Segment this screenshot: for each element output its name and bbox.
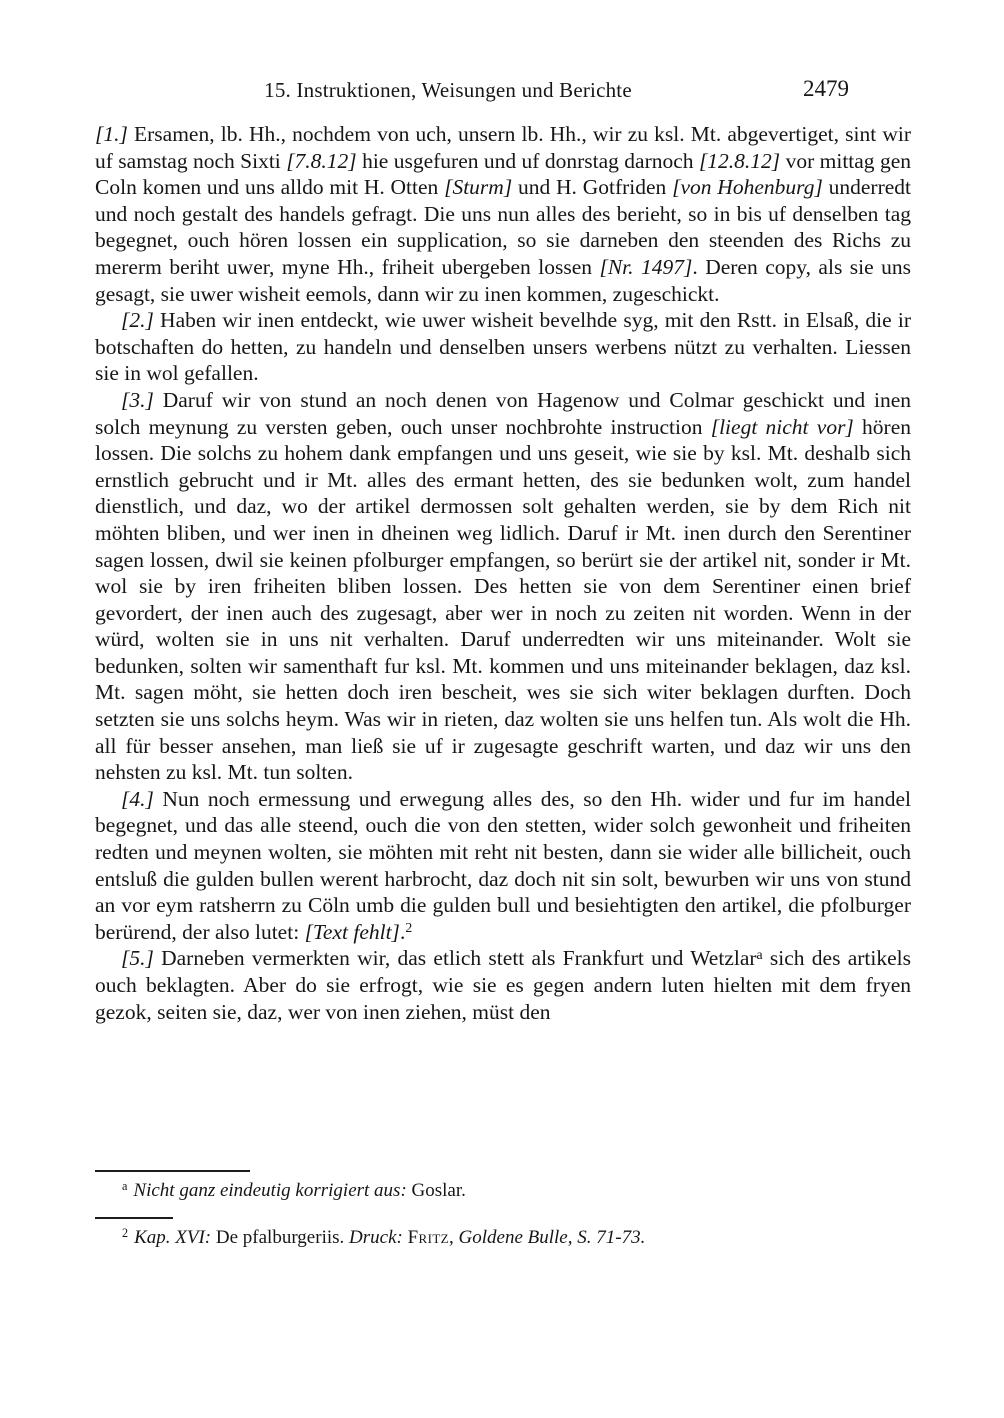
editorial-insertion: [12.8.12] [699, 149, 780, 173]
text-segment: Fritz [408, 1227, 449, 1248]
editorial-insertion: [1.] [95, 122, 128, 146]
footnote-marker: 2 [122, 1226, 128, 1240]
editorial-insertion: [Nr. 1497] [599, 255, 692, 279]
text-segment: Goslar. [407, 1180, 466, 1201]
book-page: 15. Instruktionen, Weisungen und Bericht… [0, 0, 1004, 1418]
text-segment: und H. Gotfriden [512, 175, 672, 199]
running-title: 15. Instruktionen, Weisungen und Bericht… [95, 78, 801, 103]
editorial-insertion: Nicht ganz eindeutig korrigiert aus: [133, 1180, 406, 1201]
body-text: [1.] Ersamen, lb. Hh., nochdem von uch, … [95, 121, 911, 1025]
footnote-marker: a [122, 1179, 127, 1193]
text-segment: hie usgefuren und uf donrstag darnoch [357, 149, 699, 173]
text-segment: , [449, 1227, 459, 1248]
footnote-separator-rule [95, 1217, 173, 1219]
paragraph-5: [5.] Darneben vermerkten wir, das etlich… [95, 945, 911, 1025]
editorial-insertion: [Text fehlt] [305, 920, 400, 944]
editorial-insertion: [4.] [121, 787, 154, 811]
paragraph-2: [2.] Haben wir inen entdeckt, wie uwer w… [95, 307, 911, 387]
page-number: 2479 [803, 76, 849, 102]
footnote-text: 2Kap. XVI: De pfalburgeriis. Druck: Frit… [95, 1226, 911, 1250]
editorial-insertion: [liegt nicht vor] [711, 415, 854, 439]
paragraph-3: [3.] Daruf wir von stund an noch denen v… [95, 387, 911, 786]
text-segment: Darneben vermerkten wir, das etlich stet… [154, 946, 757, 970]
paragraph-4: [4.] Nun noch ermessung und erwegung all… [95, 786, 911, 946]
editorial-insertion: Kap. XVI: [134, 1227, 211, 1248]
footnote-2: 2Kap. XVI: De pfalburgeriis. Druck: Frit… [95, 1217, 911, 1250]
text-segment: Nun noch ermessung und erwegung alles de… [95, 787, 911, 944]
footnotes-section: aNicht ganz eindeutig korrigiert aus: Go… [95, 1170, 911, 1264]
editorial-insertion: Druck: [349, 1227, 403, 1248]
page-header: 15. Instruktionen, Weisungen und Bericht… [95, 78, 911, 106]
text-segment: hören lossen. Die solchs zu hohem dank e… [95, 415, 911, 785]
text-segment: De pfalburgeriis. [211, 1227, 349, 1248]
editorial-insertion: [3.] [121, 388, 154, 412]
editorial-insertion: [von Hohenburg] [672, 175, 823, 199]
footnote-a: aNicht ganz eindeutig korrigiert aus: Go… [95, 1170, 911, 1203]
superscript-reference: a [757, 947, 763, 962]
paragraph-1: [1.] Ersamen, lb. Hh., nochdem von uch, … [95, 121, 911, 307]
footnote-separator-rule [95, 1170, 250, 1172]
superscript-reference: 2 [405, 920, 412, 935]
editorial-insertion: Goldene Bulle, S. 71-73. [459, 1227, 646, 1248]
editorial-insertion: [5.] [121, 946, 154, 970]
editorial-insertion: [2.] [121, 308, 154, 332]
footnote-text: aNicht ganz eindeutig korrigiert aus: Go… [95, 1179, 911, 1203]
text-segment: Haben wir inen entdeckt, wie uwer wishei… [95, 308, 911, 385]
editorial-insertion: [Sturm] [444, 175, 512, 199]
editorial-insertion: [7.8.12] [286, 149, 356, 173]
